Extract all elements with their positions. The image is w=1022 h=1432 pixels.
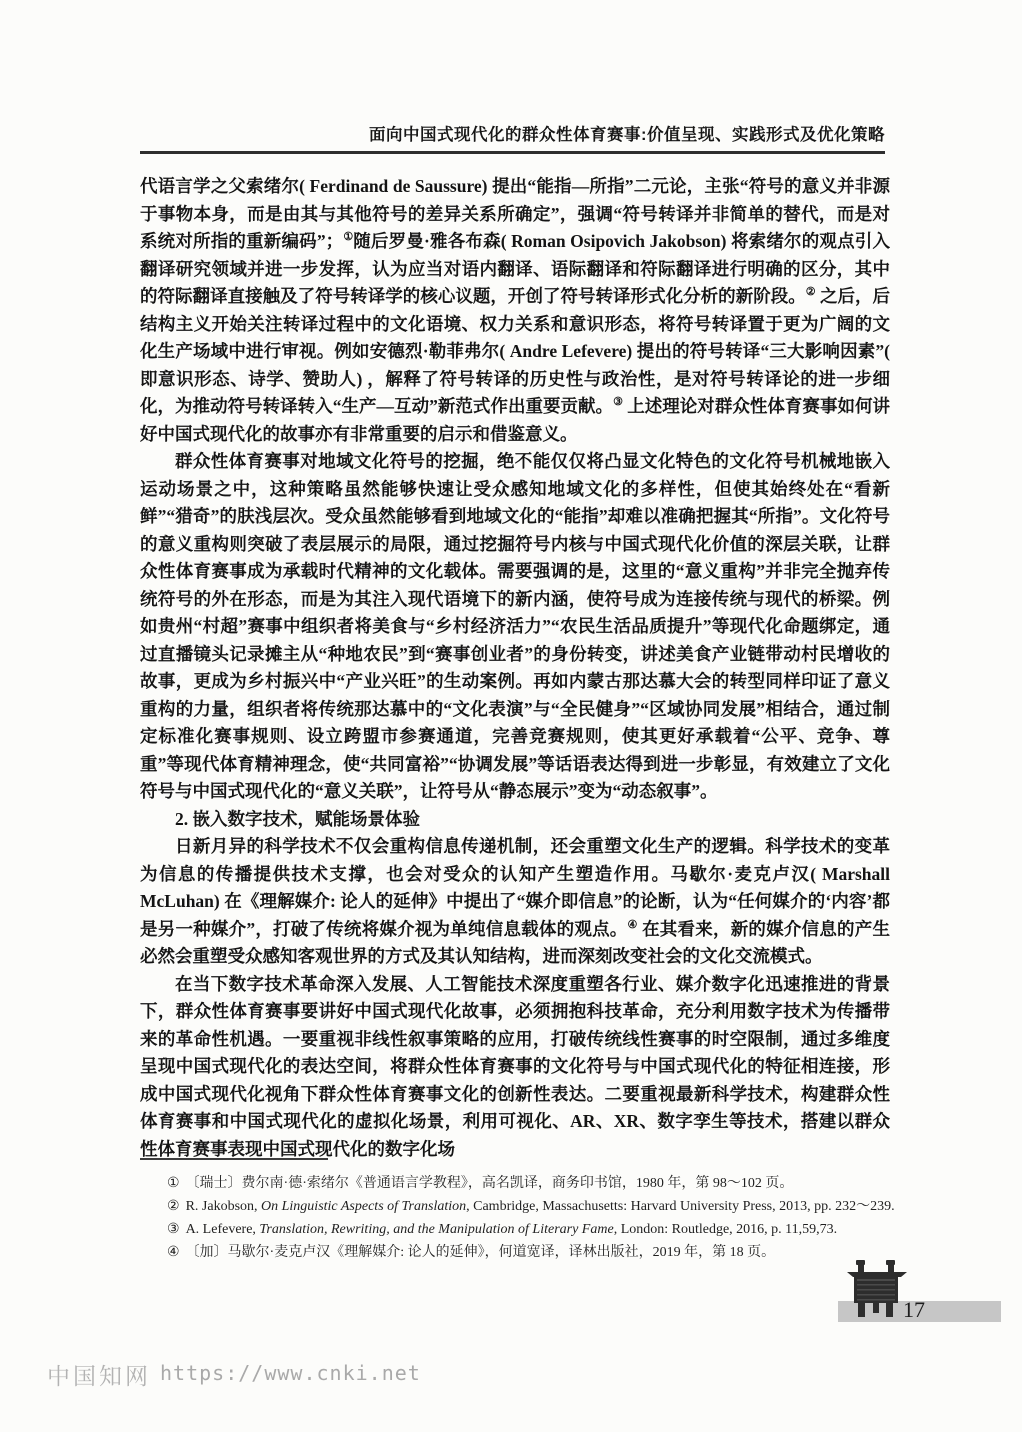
text-run: A. Lefevere, bbox=[186, 1222, 260, 1237]
text-run: 2. 嵌入数字技术，赋能场景体验 bbox=[175, 809, 420, 829]
footnote-marker: ④ bbox=[167, 1245, 186, 1260]
footnote-marker: ① bbox=[167, 1176, 186, 1191]
body-paragraph: 群众性体育赛事对地域文化符号的挖掘，绝不能仅仅将凸显文化特色的文化符号机械地嵌入… bbox=[140, 448, 890, 806]
text-run: R. Jakobson, bbox=[186, 1199, 261, 1214]
italic-book-title: Translation, Rewriting, and the Manipula… bbox=[259, 1222, 613, 1237]
italic-book-title: On Linguistic Aspects of Translation bbox=[261, 1199, 466, 1214]
cnki-watermark-url: https://www.cnki.net bbox=[160, 1361, 421, 1385]
header-rule bbox=[140, 151, 885, 154]
bronze-ding-icon bbox=[845, 1259, 909, 1319]
body-paragraph: 日新月异的科学技术不仅会重构信息传递机制，还会重塑文化生产的逻辑。科学技术的变革… bbox=[140, 833, 890, 971]
footnote-ref: ② bbox=[806, 286, 816, 298]
footnote-item: ①〔瑞士〕费尔南·德·索绪尔《普通语言学教程》，高名凯译，商务印书馆，1980 … bbox=[140, 1172, 902, 1195]
body-paragraph: 代语言学之父索绪尔( Ferdinand de Saussure) 提出“能指—… bbox=[140, 173, 890, 448]
footnote-divider bbox=[140, 1158, 328, 1160]
footnote-item: ④〔加〕马歇尔·麦克卢汉《理解媒介: 论人的延伸》，何道宽译，译林出版社，201… bbox=[140, 1241, 902, 1264]
section-heading: 2. 嵌入数字技术，赋能场景体验 bbox=[140, 806, 890, 834]
body-paragraph: 在当下数字技术革命深入发展、人工智能技术深度重塑各行业、媒介数字化迅速推进的背景… bbox=[140, 971, 890, 1164]
text-run: 〔加〕马歇尔·麦克卢汉《理解媒介: 论人的延伸》，何道宽译，译林出版社，2019… bbox=[186, 1245, 776, 1260]
footnote-ref: ① bbox=[343, 231, 353, 243]
cnki-watermark-name: 中国知网 bbox=[47, 1358, 151, 1391]
footnote-marker: ③ bbox=[167, 1222, 186, 1237]
footnote-marker: ② bbox=[167, 1199, 186, 1214]
text-run: , Cambridge, Massachusetts: Harvard Univ… bbox=[466, 1199, 895, 1214]
footnote-ref: ③ bbox=[613, 396, 623, 408]
running-head-title: 面向中国式现代化的群众性体育赛事:价值呈现、实践形式及优化策略 bbox=[140, 121, 885, 145]
body-text: 代语言学之父索绪尔( Ferdinand de Saussure) 提出“能指—… bbox=[140, 173, 890, 1163]
page-number: 17 bbox=[903, 1297, 925, 1323]
footnote-ref: ④ bbox=[628, 919, 638, 931]
text-run: 在当下数字技术革命深入发展、人工智能技术深度重塑各行业、媒介数字化迅速推进的背景… bbox=[140, 974, 890, 1159]
text-run: , London: Routledge, 2016, p. 11,59,73. bbox=[614, 1222, 837, 1237]
footnote-item: ③A. Lefevere, Translation, Rewriting, an… bbox=[140, 1218, 902, 1241]
scanned-paper-page: 面向中国式现代化的群众性体育赛事:价值呈现、实践形式及优化策略 代语言学之父索绪… bbox=[0, 0, 1022, 1432]
footnotes-list: ①〔瑞士〕费尔南·德·索绪尔《普通语言学教程》，高名凯译，商务印书馆，1980 … bbox=[140, 1172, 902, 1264]
text-run: 〔瑞士〕费尔南·德·索绪尔《普通语言学教程》，高名凯译，商务印书馆，1980 年… bbox=[186, 1176, 794, 1191]
text-run: 群众性体育赛事对地域文化符号的挖掘，绝不能仅仅将凸显文化特色的文化符号机械地嵌入… bbox=[140, 451, 890, 801]
footnote-item: ②R. Jakobson, On Linguistic Aspects of T… bbox=[140, 1195, 902, 1218]
